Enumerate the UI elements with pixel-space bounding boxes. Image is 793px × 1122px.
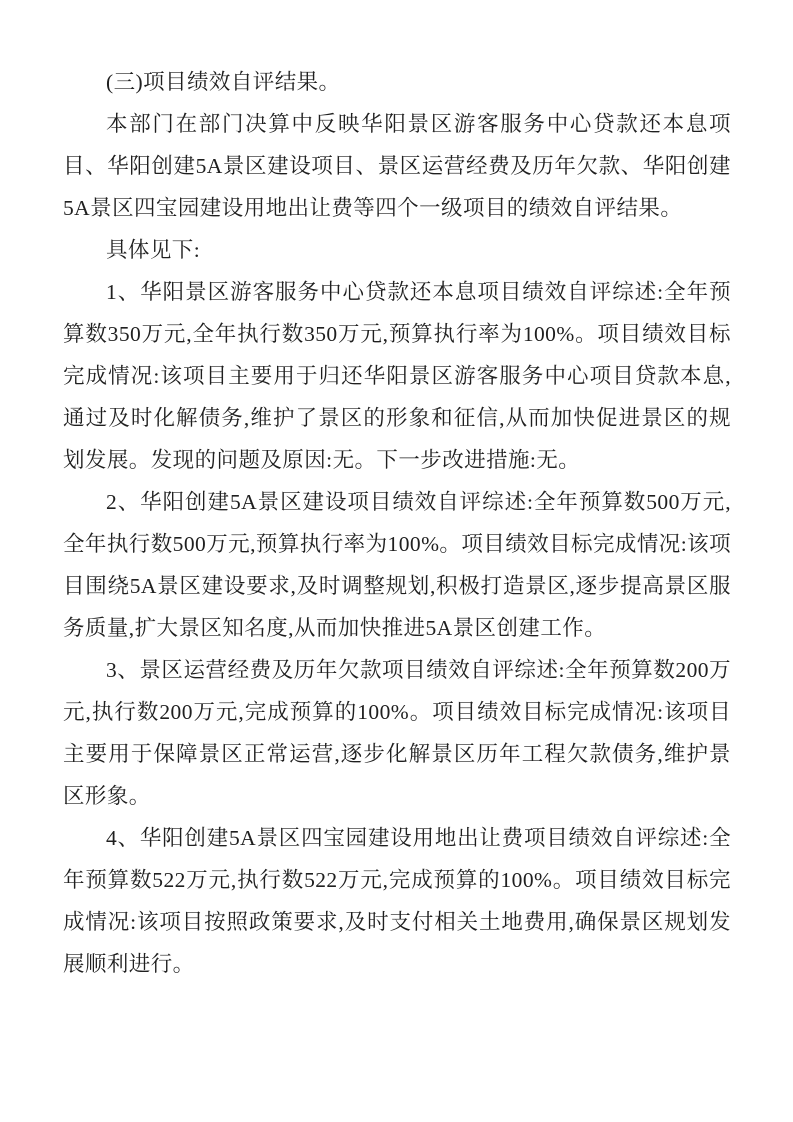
intro-paragraph: 本部门在部门决算中反映华阳景区游客服务中心贷款还本息项目、华阳创建5A景区建设项… [63, 103, 731, 229]
project-3-operating-funds-paragraph: 3、景区运营经费及历年欠款项目绩效自评综述:全年预算数200万元,执行数200万… [63, 649, 731, 817]
section-heading: (三)项目绩效自评结果。 [63, 61, 731, 103]
project-1-loan-repayment-paragraph: 1、华阳景区游客服务中心贷款还本息项目绩效自评综述:全年预算数350万元,全年执… [63, 271, 731, 481]
document-page: (三)项目绩效自评结果。 本部门在部门决算中反映华阳景区游客服务中心贷款还本息项… [0, 0, 793, 1122]
project-4-land-transfer-fee-paragraph: 4、华阳创建5A景区四宝园建设用地出让费项目绩效自评综述:全年预算数522万元,… [63, 817, 731, 985]
details-lead-in: 具体见下: [63, 229, 731, 271]
project-2-5a-construction-paragraph: 2、华阳创建5A景区建设项目绩效自评综述:全年预算数500万元,全年执行数500… [63, 481, 731, 649]
